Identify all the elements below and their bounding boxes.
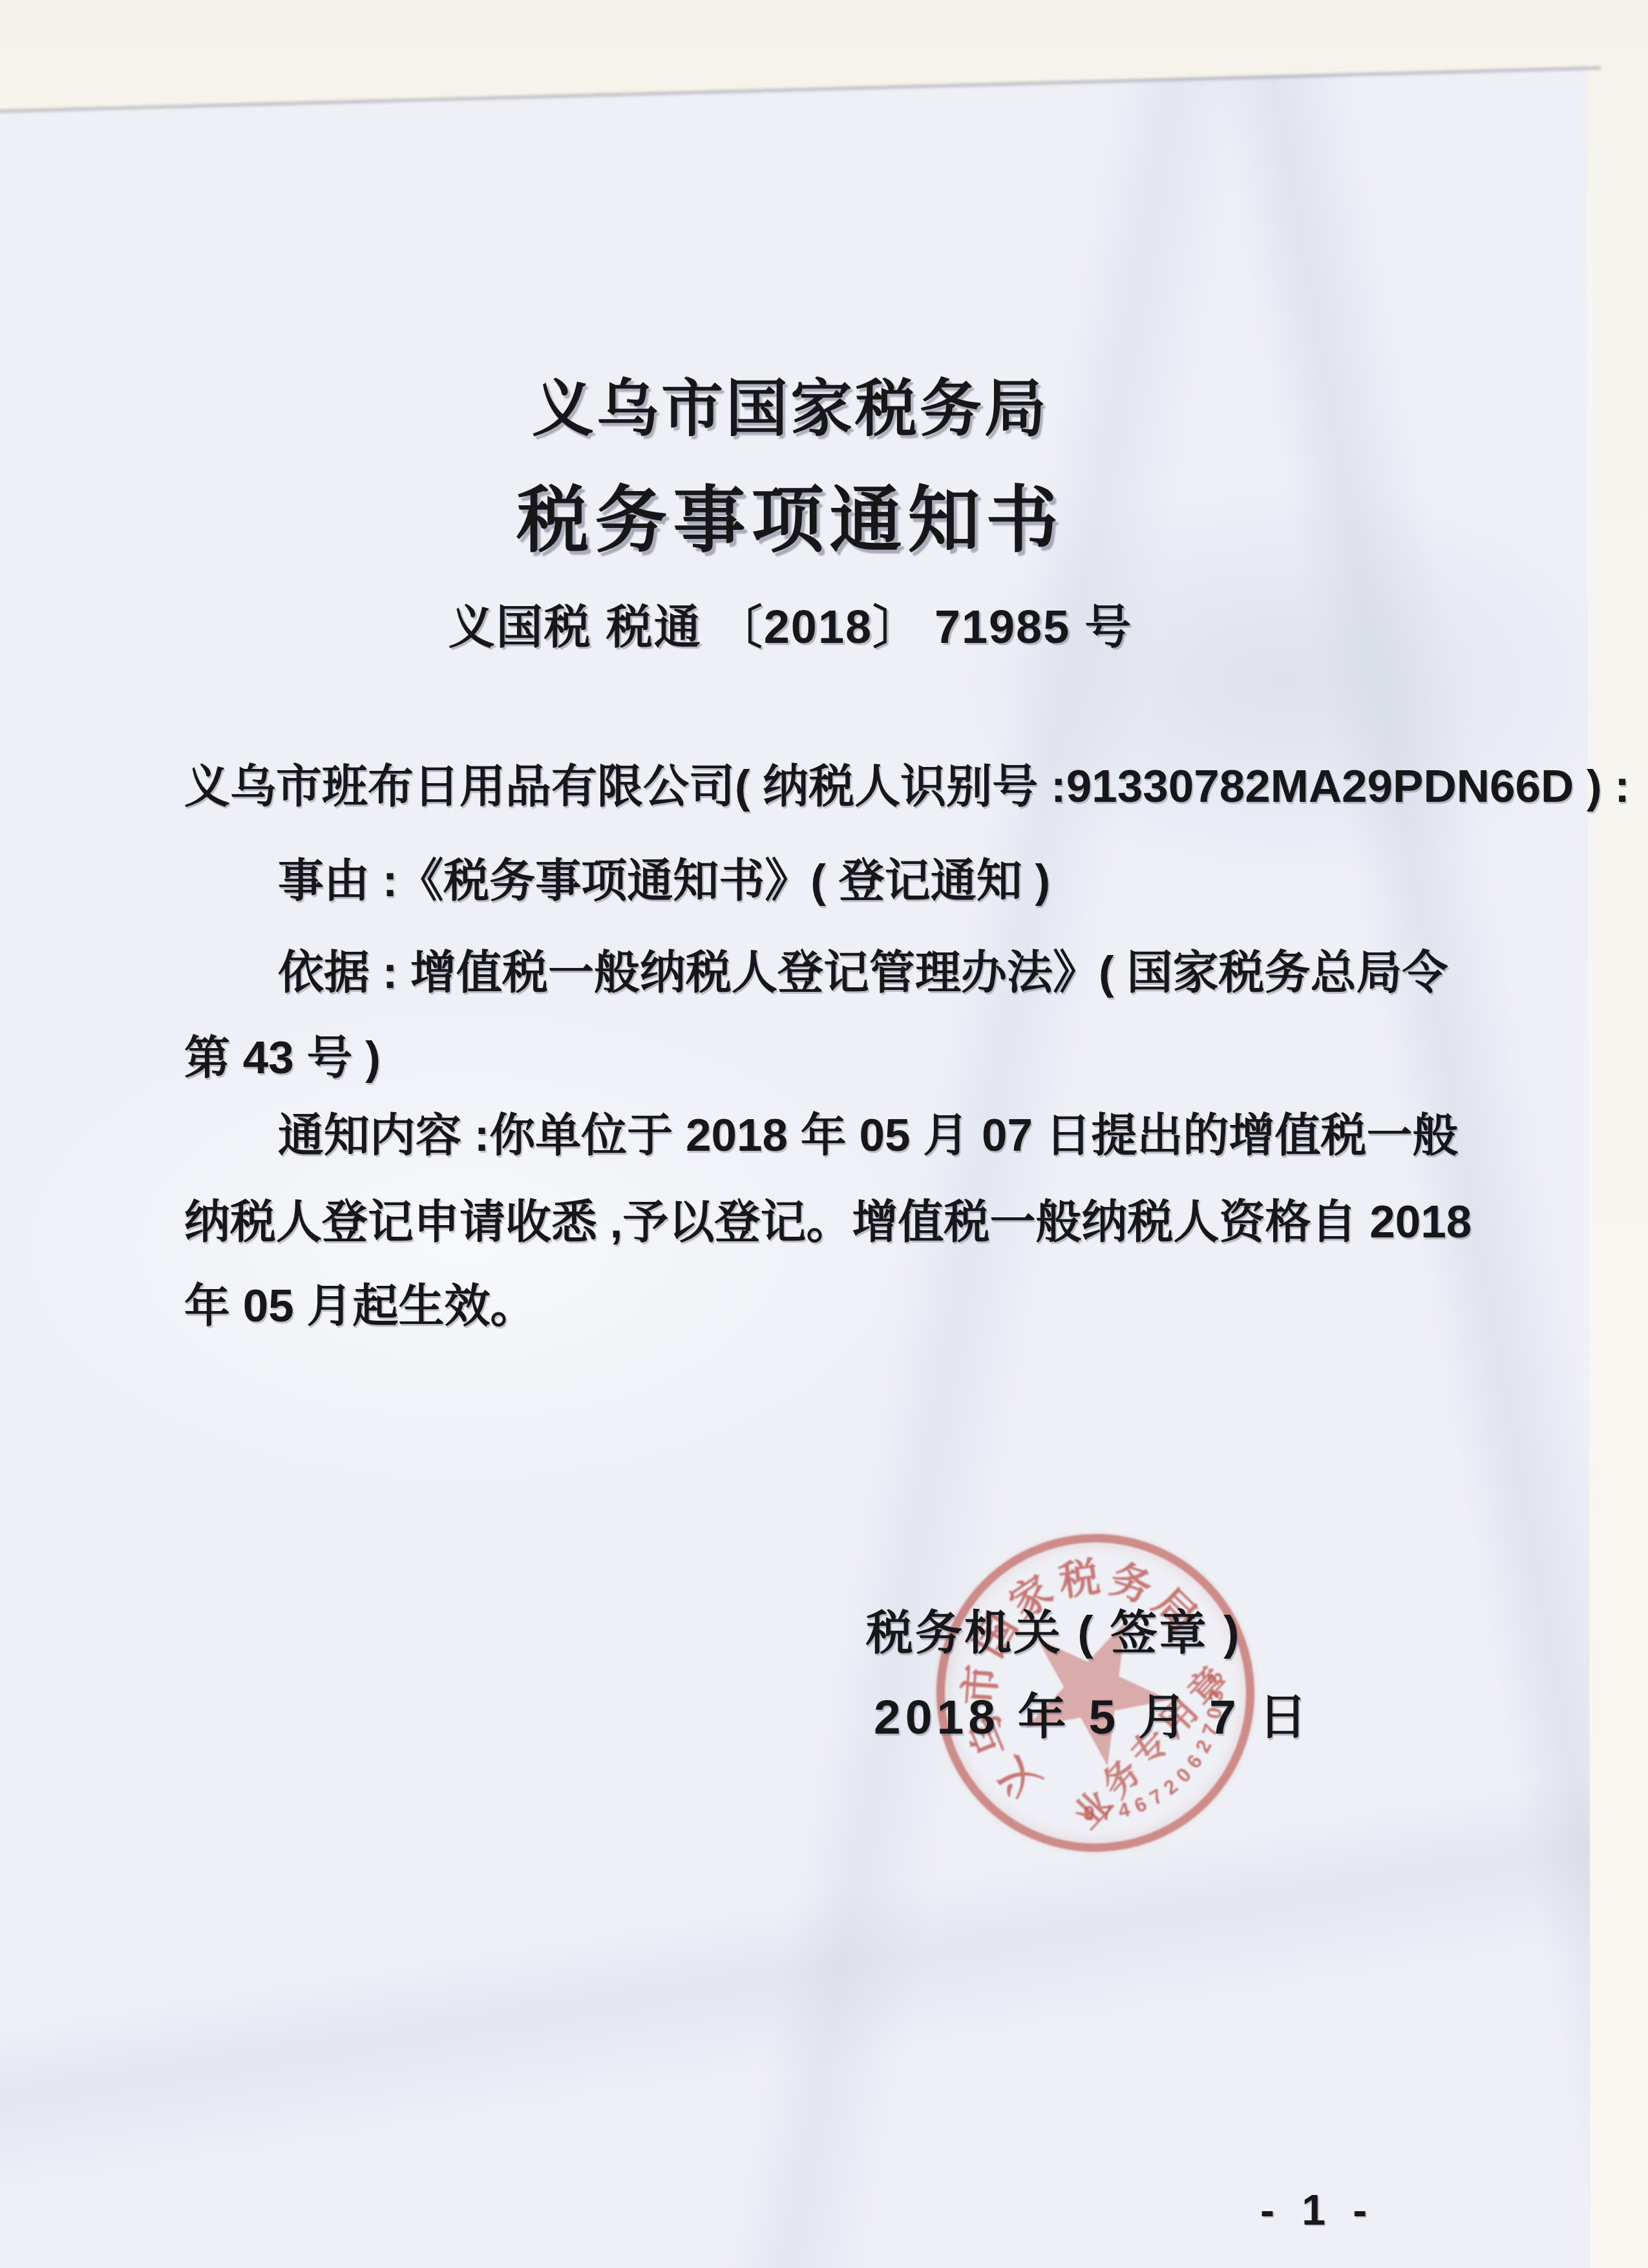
page-number: - 1 - <box>1260 2185 1375 2234</box>
subject-line: 事由 :《税务事项通知书》( 登记通知 ) <box>278 844 1050 910</box>
notice-line-3: 年 05 月起生效。 <box>184 1269 536 1335</box>
signature-date: 2018 年 5 月 7 日 <box>874 1679 1311 1748</box>
recipient-line: 义乌市班布日用品有限公司( 纳税人识别号 :91330782MA29PDN66D… <box>184 750 1630 815</box>
basis-line-2: 第 43 号 ) <box>184 1021 381 1087</box>
scanned-tax-notice-page: ★ 义乌市国家税务局 业务专用章 3307260276479 义乌市国家税务局 … <box>0 0 1648 2268</box>
notice-line-2: 纳税人登记申请收悉 ,予以登记。增值税一般纳税人资格自 2018 <box>184 1185 1472 1251</box>
notice-line-1: 通知内容 :你单位于 2018 年 05 月 07 日提出的增值税一般 <box>278 1098 1459 1164</box>
doc-number: 义国税 税通 〔2018〕 71985 号 <box>0 589 1581 656</box>
doc-title: 税务事项通知书 <box>0 463 1581 567</box>
org-title: 义乌市国家税务局 <box>0 359 1581 448</box>
signature-authority-label: 税务机关 ( 签章 ) <box>866 1595 1241 1663</box>
basis-line-1: 依据 : 增值税一般纳税人登记管理办法》( 国家税务总局令 <box>278 936 1448 1002</box>
